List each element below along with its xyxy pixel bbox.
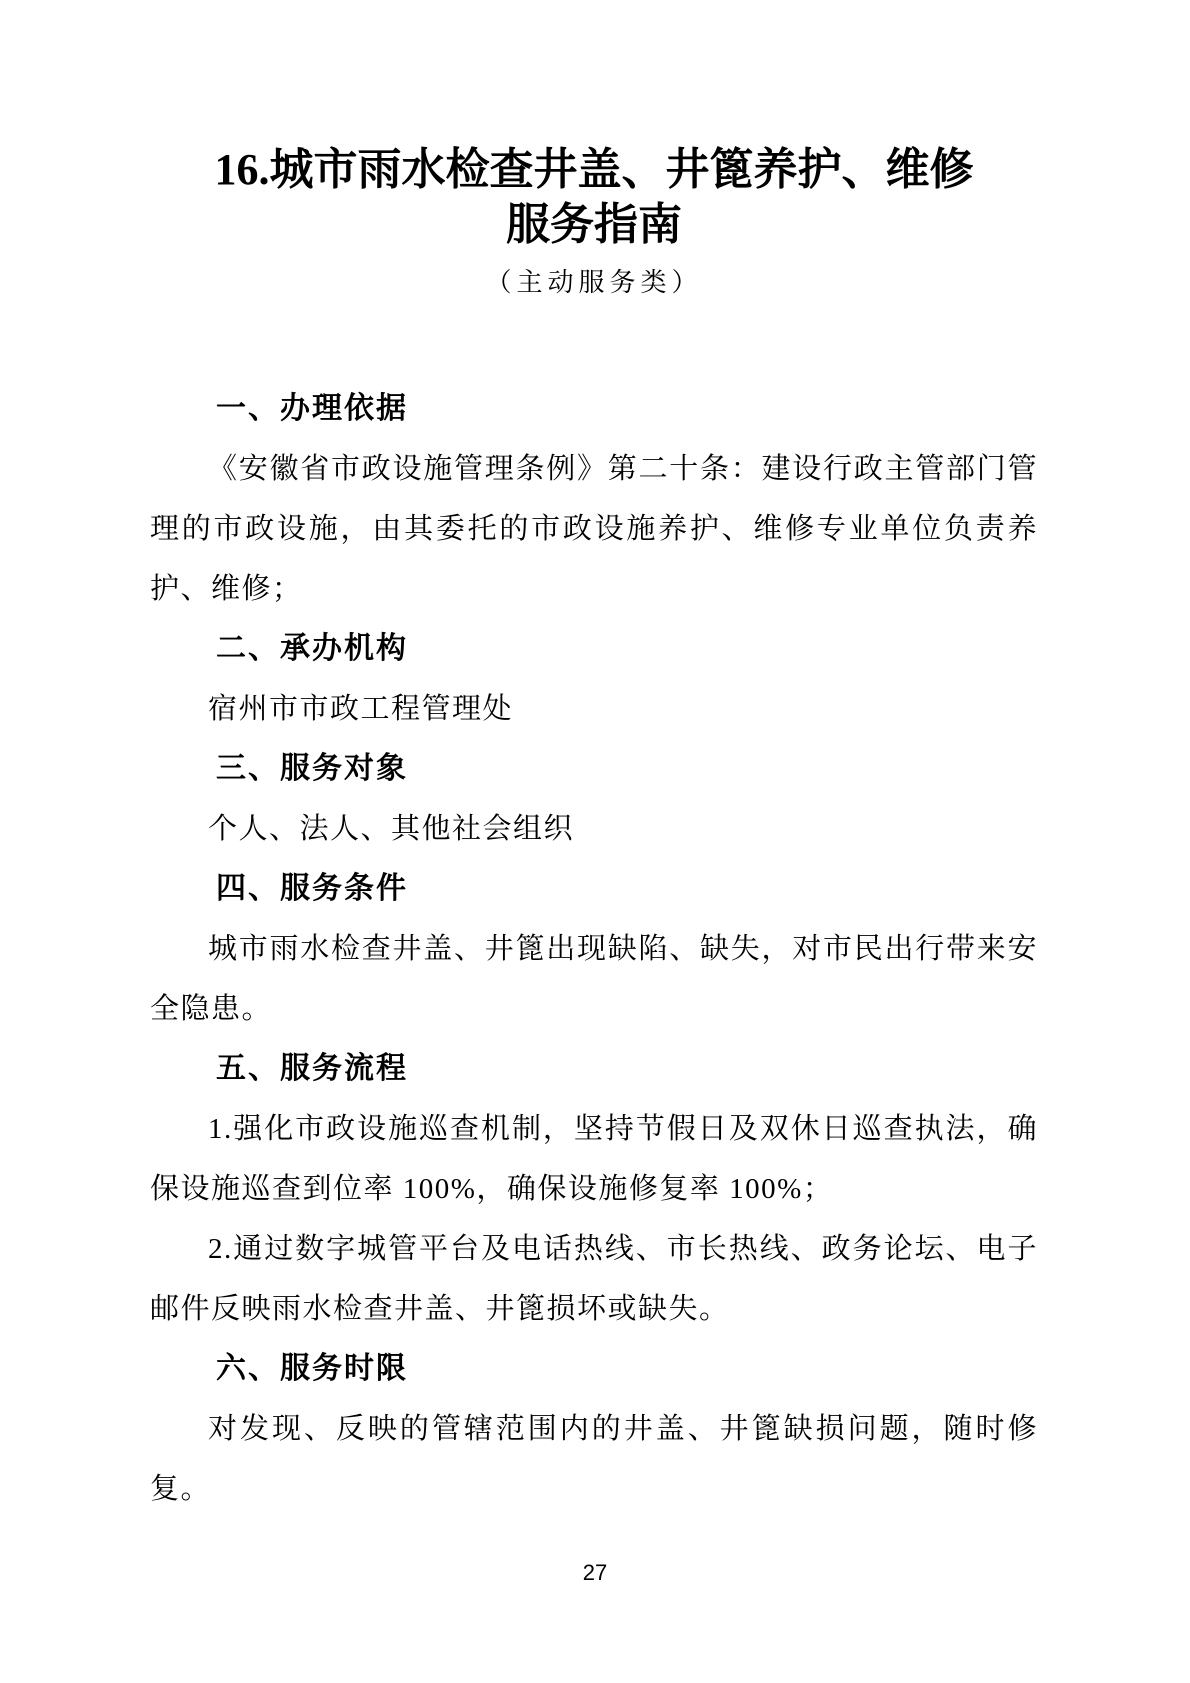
section: 六、服务时限 对发现、反映的管辖范围内的井盖、井篦缺损问题，随时修复。 [150,1339,1038,1519]
section: 二、承办机构 宿州市市政工程管理处 [150,619,1038,739]
section-heading: 五、服务流程 [150,1039,1038,1099]
document-subtitle: （主动服务类） [150,263,1038,303]
section: 一、办理依据 《安徽省市政设施管理条例》第二十条：建设行政主管部门管理的市政设施… [150,379,1038,619]
page-number: 27 [0,1561,1190,1585]
document-body: 一、办理依据 《安徽省市政设施管理条例》第二十条：建设行政主管部门管理的市政设施… [150,379,1038,1519]
section: 四、服务条件 城市雨水检查井盖、井篦出现缺陷、缺失，对市民出行带来安全隐患。 [150,859,1038,1039]
paragraph: 《安徽省市政设施管理条例》第二十条：建设行政主管部门管理的市政设施，由其委托的市… [150,439,1038,619]
section: 五、服务流程 1.强化市政设施巡查机制，坚持节假日及双休日巡查执法，确保设施巡查… [150,1039,1038,1339]
section-heading: 一、办理依据 [150,379,1038,439]
document-page: 16.城市雨水检查井盖、井篦养护、维修 服务指南 （主动服务类） 一、办理依据 … [0,0,1190,1683]
paragraph: 城市雨水检查井盖、井篦出现缺陷、缺失，对市民出行带来安全隐患。 [150,919,1038,1039]
section-heading: 六、服务时限 [150,1339,1038,1399]
document-title-line-1: 16.城市雨水检查井盖、井篦养护、维修 [150,142,1038,197]
section: 三、服务对象 个人、法人、其他社会组织 [150,739,1038,859]
paragraph: 个人、法人、其他社会组织 [150,799,1038,859]
paragraph: 对发现、反映的管辖范围内的井盖、井篦缺损问题，随时修复。 [150,1399,1038,1519]
document-title: 16.城市雨水检查井盖、井篦养护、维修 服务指南 [150,142,1038,252]
section-heading: 四、服务条件 [150,859,1038,919]
section-heading: 三、服务对象 [150,739,1038,799]
section-heading: 二、承办机构 [150,619,1038,679]
paragraph: 1.强化市政设施巡查机制，坚持节假日及双休日巡查执法，确保设施巡查到位率 100… [150,1099,1038,1219]
paragraph: 宿州市市政工程管理处 [150,679,1038,739]
document-title-line-2: 服务指南 [150,197,1038,252]
paragraph: 2.通过数字城管平台及电话热线、市长热线、政务论坛、电子邮件反映雨水检查井盖、井… [150,1219,1038,1339]
